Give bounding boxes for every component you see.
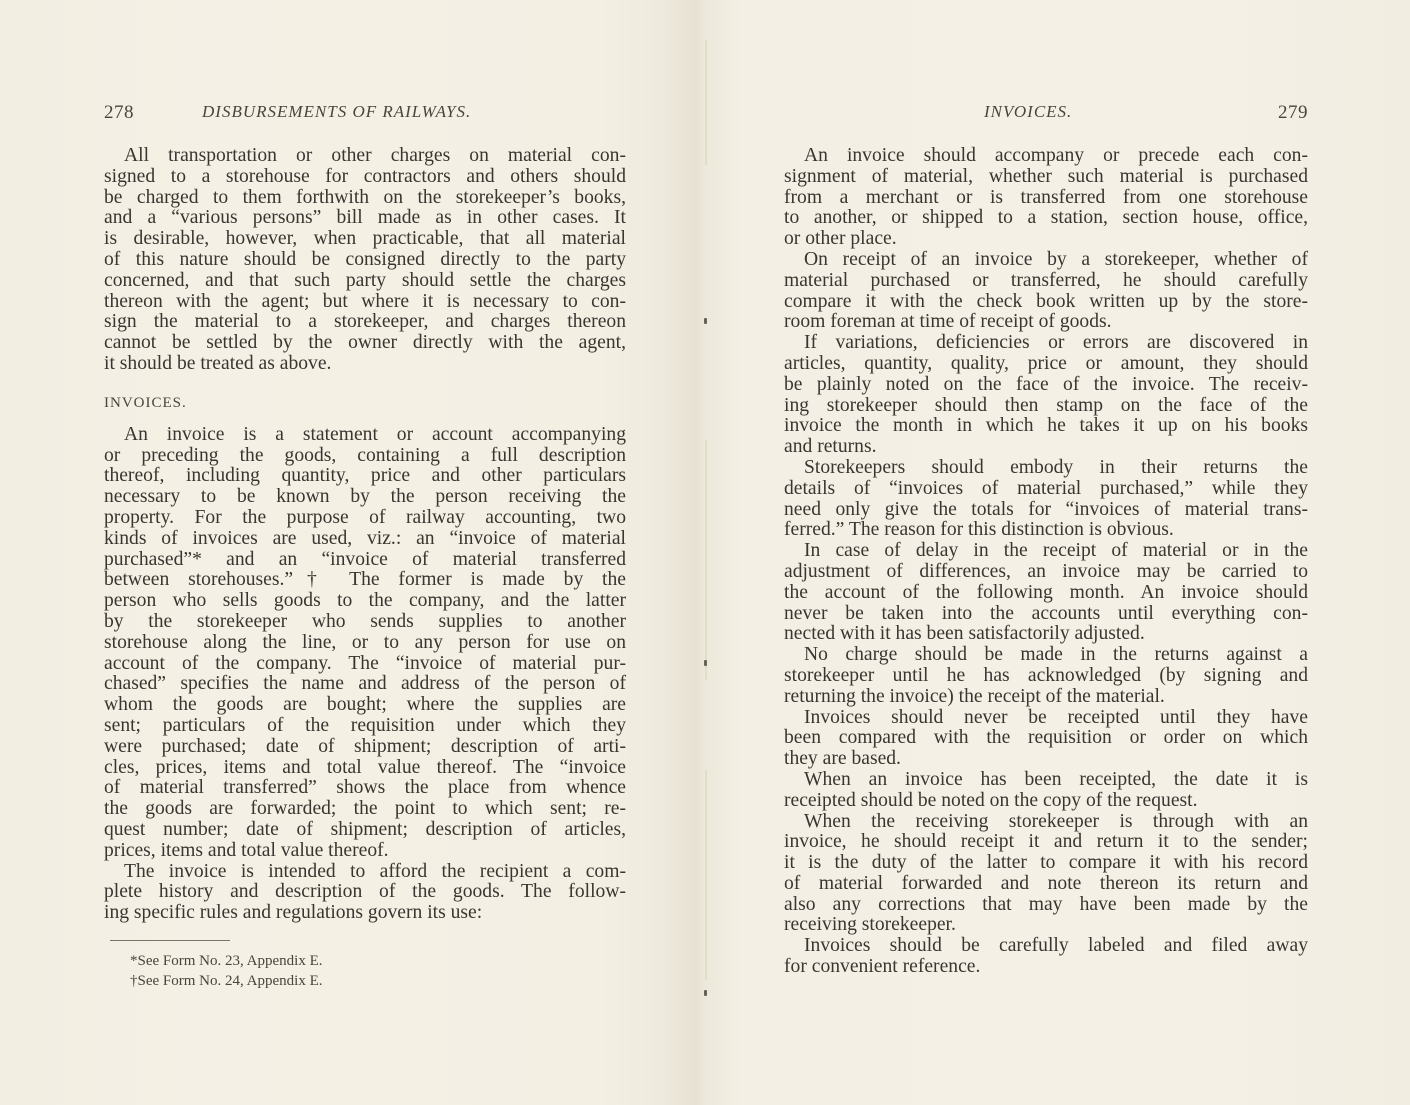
text-line: is desirable, however, when practicable,… [104, 229, 626, 250]
text-line: No charge should be made in the returns … [784, 645, 1308, 666]
text-line: be plainly noted on the face of the invo… [784, 375, 1308, 396]
text-line: by the storekeeper who sends supplies to… [104, 612, 626, 633]
text-line: they are based. [784, 749, 1308, 770]
text-line: concerned, and that such party should se… [104, 271, 626, 292]
page-number: 279 [1278, 102, 1308, 124]
running-head: 278 DISBURSEMENTS OF RAILWAYS. [104, 96, 626, 126]
text-line: of material transferred” shows the place… [104, 778, 626, 799]
paragraph: When the receiving storekeeper is throug… [784, 812, 1308, 937]
text-line: Invoices should be carefully labeled and… [784, 936, 1308, 957]
text-line: sent; particulars of the requisition und… [104, 716, 626, 737]
text-line: thereof, including quantity, price and o… [104, 466, 626, 487]
text-line: never be taken into the accounts until e… [784, 604, 1308, 625]
text-line: property. For the purpose of railway acc… [104, 508, 626, 529]
text-line: were purchased; date of shipment; descri… [104, 737, 626, 758]
text-line: or other place. [784, 229, 1308, 250]
text-line: In case of delay in the receipt of mater… [784, 541, 1308, 562]
text-line: details of “invoices of material purchas… [784, 479, 1308, 500]
text-line: cles, prices, items and total value ther… [104, 758, 626, 779]
text-line: it is the duty of the latter to compare … [784, 853, 1308, 874]
text-line: between storehouses.”† The former is mad… [104, 570, 626, 591]
text-line: invoice the month in which he takes it u… [784, 416, 1308, 437]
text-line: ing specific rules and regulations gover… [104, 903, 626, 924]
text-line: Storekeepers should embody in their retu… [784, 458, 1308, 479]
text-line: sign the material to a storekeeper, and … [104, 312, 626, 333]
text-line: whom the goods are bought; where the sup… [104, 695, 626, 716]
text-line: articles, quantity, quality, price or am… [784, 354, 1308, 375]
text-line: An invoice should accompany or precede e… [784, 146, 1308, 167]
page-number: 278 [104, 102, 134, 124]
text-line: When an invoice has been receipted, the … [784, 770, 1308, 791]
running-title: DISBURSEMENTS OF RAILWAYS. [202, 102, 471, 122]
text-line: or preceding the goods, containing a ful… [104, 446, 626, 467]
text-line: ing storekeeper should then stamp on the… [784, 396, 1308, 417]
text-line: the account of the following month. An i… [784, 583, 1308, 604]
text-line: prices, items and total value thereof. [104, 841, 626, 862]
running-head: INVOICES. 279 [784, 96, 1308, 126]
text-line: the goods are forwarded; the point to wh… [104, 799, 626, 820]
right-page: INVOICES. 279 An invoice should accompan… [784, 96, 1308, 978]
text-line: adjustment of differences, an invoice ma… [784, 562, 1308, 583]
paragraph: Invoices should never be receipted until… [784, 708, 1308, 770]
paragraph: The invoice is intended to afford the re… [104, 862, 626, 924]
running-title: INVOICES. [984, 102, 1072, 122]
text-line: material purchased or transferred, he sh… [784, 271, 1308, 292]
text-line: receipted should be noted on the copy of… [784, 791, 1308, 812]
paragraph: If variations, deficiencies or errors ar… [784, 333, 1308, 458]
text-line: ferred.” The reason for this distinction… [784, 520, 1308, 541]
body-text: An invoice should accompany or precede e… [784, 146, 1308, 978]
gutter-stitch-mark [704, 318, 707, 324]
gutter-binding-thread [705, 40, 707, 165]
text-line: If variations, deficiencies or errors ar… [784, 333, 1308, 354]
gutter-stitch-mark [704, 660, 707, 666]
paragraph: An invoice should accompany or precede e… [784, 146, 1308, 250]
text-line: plete history and description of the goo… [104, 882, 626, 903]
text-line: purchased”* and an “invoice of material … [104, 550, 626, 571]
text-line: invoice, he should receipt it and return… [784, 832, 1308, 853]
text-line: When the receiving storekeeper is throug… [784, 812, 1308, 833]
text-line: for convenient reference. [784, 957, 1308, 978]
text-line: compare it with the check book written u… [784, 292, 1308, 313]
gutter-binding-thread [705, 770, 707, 980]
text-line: it should be treated as above. [104, 354, 626, 375]
text-line: signment of material, whether such mater… [784, 167, 1308, 188]
text-line: account of the company. The “invoice of … [104, 654, 626, 675]
gutter-stitch-mark [704, 990, 707, 996]
text-line: of material forwarded and note thereon i… [784, 874, 1308, 895]
footnote: †See Form No. 24, Appendix E. [130, 971, 626, 991]
text-line: from a merchant or is transferred from o… [784, 188, 1308, 209]
text-line: storekeeper until he has acknowledged (b… [784, 666, 1308, 687]
body-text: All transportation or other charges on m… [104, 146, 626, 924]
text-line: returning the invoice) the receipt of th… [784, 687, 1308, 708]
section-heading: INVOICES. [104, 389, 626, 417]
text-line: person who sells goods to the company, a… [104, 591, 626, 612]
text-line: signed to a storehouse for contractors a… [104, 167, 626, 188]
text-line: On receipt of an invoice by a storekeepe… [784, 250, 1308, 271]
text-line: and a “various persons” bill made as in … [104, 208, 626, 229]
text-line: chased” specifies the name and address o… [104, 674, 626, 695]
text-line: and returns. [784, 437, 1308, 458]
paragraph: Invoices should be carefully labeled and… [784, 936, 1308, 978]
paragraph: Storekeepers should embody in their retu… [784, 458, 1308, 541]
text-line: An invoice is a statement or account acc… [104, 425, 626, 446]
footnote: *See Form No. 23, Appendix E. [130, 951, 626, 971]
left-page: 278 DISBURSEMENTS OF RAILWAYS. All trans… [104, 96, 626, 991]
text-line: need only give the totals for “invoices … [784, 500, 1308, 521]
paragraph: On receipt of an invoice by a storekeepe… [784, 250, 1308, 333]
text-line: cannot be settled by the owner directly … [104, 333, 626, 354]
text-line: The invoice is intended to afford the re… [104, 862, 626, 883]
text-line: of this nature should be consigned direc… [104, 250, 626, 271]
footnotes: *See Form No. 23, Appendix E. †See Form … [104, 951, 626, 991]
text-line: quest number; date of shipment; descript… [104, 820, 626, 841]
text-line: receiving storekeeper. [784, 915, 1308, 936]
text-line: thereon with the agent; but where it is … [104, 292, 626, 313]
paragraph: All transportation or other charges on m… [104, 146, 626, 375]
paragraph: When an invoice has been receipted, the … [784, 770, 1308, 812]
footnote-divider [110, 940, 230, 941]
text-line: room foreman at time of receipt of goods… [784, 312, 1308, 333]
text-line: be charged to them forthwith on the stor… [104, 188, 626, 209]
paragraph: An invoice is a statement or account acc… [104, 425, 626, 862]
text-line: nected with it has been satisfactorily a… [784, 624, 1308, 645]
text-line: Invoices should never be receipted until… [784, 708, 1308, 729]
text-line: to another, or shipped to a station, sec… [784, 208, 1308, 229]
gutter-binding-thread [705, 440, 707, 680]
text-line: storehouse along the line, or to any per… [104, 633, 626, 654]
text-line: necessary to be known by the person rece… [104, 487, 626, 508]
text-line: All transportation or other charges on m… [104, 146, 626, 167]
text-line: also any corrections that may have been … [784, 895, 1308, 916]
paragraph: No charge should be made in the returns … [784, 645, 1308, 707]
text-line: kinds of invoices are used, viz.: an “in… [104, 529, 626, 550]
paragraph: In case of delay in the receipt of mater… [784, 541, 1308, 645]
text-line: been compared with the requisition or or… [784, 728, 1308, 749]
